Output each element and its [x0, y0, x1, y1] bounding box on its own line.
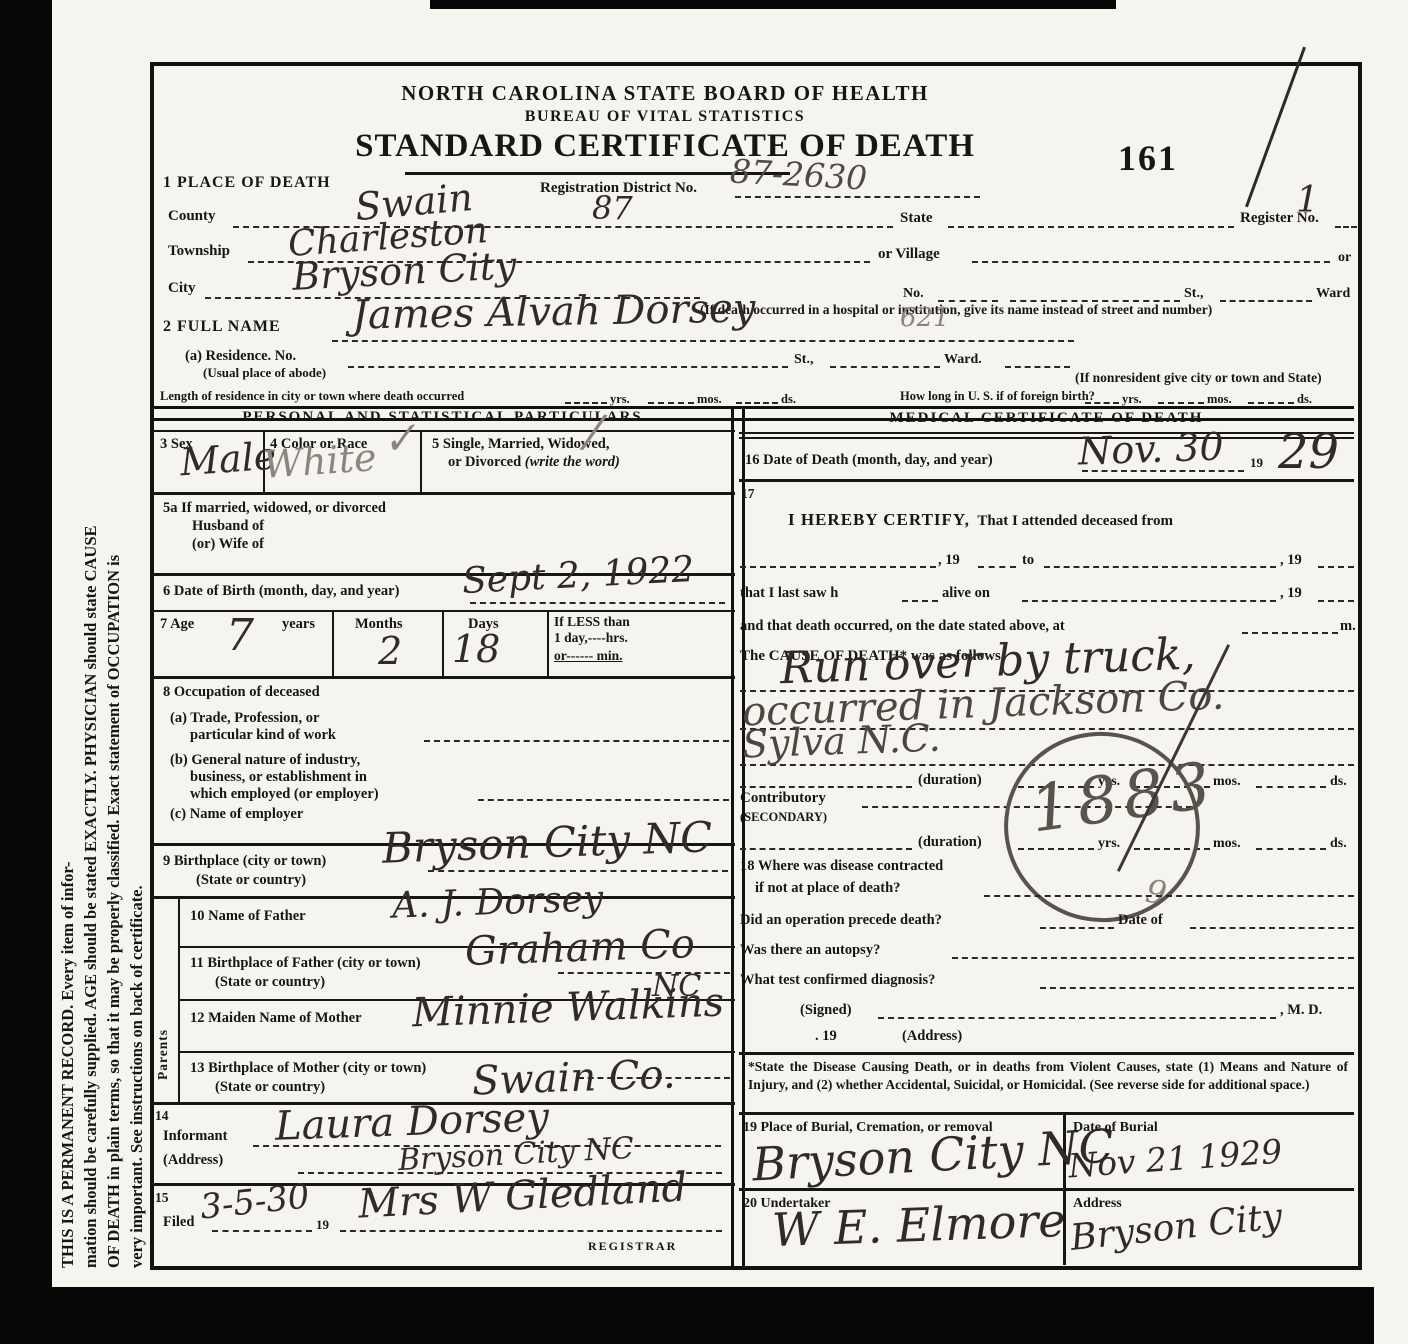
date-of-death-year-value: 29: [1278, 428, 1339, 476]
certify-m: m.: [1340, 618, 1356, 634]
county-label: County: [168, 208, 216, 225]
father-birthplace-value: Graham Co: [464, 924, 695, 972]
age-less-line2: 1 day,----hrs.: [554, 630, 628, 645]
us-mos-label: mos.: [1207, 392, 1232, 406]
certify-to: to: [1022, 552, 1034, 568]
birthplace-label: 9 Birthplace (city or town): [163, 853, 326, 869]
certify-alive: alive on: [942, 585, 990, 601]
certify-death-line: and that death occurred, on the date sta…: [740, 618, 1065, 634]
informant-label: Informant: [163, 1128, 227, 1144]
cause-value-line3: Sylva N.C.: [741, 719, 941, 764]
birthplace-value: Bryson City NC: [381, 816, 713, 870]
cause-footnote: *State the Disease Causing Death, or in …: [748, 1058, 1348, 1093]
age-less-line1: If LESS than: [554, 614, 630, 629]
scanned-death-certificate: { "colors": {"paper":"#f6f4ee","ink":"#1…: [0, 0, 1408, 1344]
certify-line-h: [1242, 632, 1338, 634]
signed-address-label: (Address): [902, 1028, 962, 1044]
autopsy-question: Was there an autopsy?: [740, 942, 880, 958]
length-ds-label: ds.: [781, 392, 796, 406]
marital-label-word: or Divorced: [448, 454, 521, 470]
father-name-label: 10 Name of Father: [190, 908, 306, 924]
mother-birthplace-value: Swain Co.: [471, 1054, 676, 1101]
duration1-mos: mos.: [1213, 774, 1241, 790]
color-race-value: White: [262, 438, 378, 484]
full-name-line: [332, 340, 1074, 342]
cell-line: [420, 430, 422, 492]
secondary-label: (SECONDARY): [740, 810, 827, 824]
dob-label: 6 Date of Birth (month, day, and year): [163, 583, 399, 599]
father-birthplace-label: 11 Birthplace of Father (city or town): [190, 955, 421, 971]
or-label: or: [1338, 250, 1351, 266]
occupation-a1: (a) Trade, Profession, or: [170, 710, 319, 726]
column-divider: [731, 406, 745, 1266]
age-less-line3: or------ min.: [554, 648, 622, 663]
full-name-note: 621: [900, 305, 950, 331]
margin-instructions: THIS IS A PERMANENT RECORD. Every item o…: [56, 38, 152, 1268]
q18-line: [984, 895, 1354, 897]
certify-19a: , 19: [938, 552, 960, 568]
mother-name-label: 12 Maiden Name of Mother: [190, 1010, 362, 1026]
operation-question: Did an operation precede death?: [740, 912, 942, 928]
operation-date-label: Date of: [1118, 912, 1163, 928]
residence-line: [348, 366, 788, 368]
filed-date-line: [212, 1230, 312, 1232]
street-label: St.,: [1184, 286, 1203, 302]
residence-label: (a) Residence. No.: [185, 348, 296, 364]
occupation-c: (c) Name of employer: [170, 806, 303, 822]
undertaker-value: W E. Elmore: [771, 1197, 1066, 1253]
register-no-line: [1335, 226, 1357, 228]
test-line: [1040, 987, 1354, 989]
filed-year-printed: 19: [316, 1218, 329, 1233]
burial-date-label: Date of Burial: [1073, 1120, 1158, 1136]
village-line: [972, 261, 1330, 263]
abode-note: (Usual place of abode): [203, 366, 326, 381]
informant-number: 14: [155, 1108, 169, 1123]
or-village-label: or Village: [878, 246, 940, 263]
scan-edge-top: [430, 0, 1116, 9]
certify-19c: , 19: [1280, 585, 1302, 601]
hospital-note: (If death occurred in a hospital or inst…: [700, 302, 1212, 317]
medical-title-underline2: [739, 437, 1354, 439]
row-line: [739, 479, 1354, 482]
length-ds-line: [736, 402, 778, 404]
filed-label: Filed: [163, 1214, 194, 1230]
md-label: , M. D.: [1280, 1002, 1322, 1018]
duration1-label: (duration): [918, 772, 982, 788]
city-label: City: [168, 280, 196, 297]
state-label: State: [900, 210, 933, 227]
registrar-label: REGISTRAR: [588, 1240, 677, 1253]
filed-number: 15: [155, 1190, 169, 1205]
state-line: [948, 226, 1234, 228]
signed-date-19: . 19: [815, 1028, 837, 1044]
item-17-number: 17: [741, 486, 755, 501]
occupation-b3: which employed (or employer): [190, 786, 379, 802]
duration2-mos: mos.: [1213, 836, 1241, 852]
occupation-b-line: [478, 799, 729, 801]
certify-line-g: [1318, 600, 1354, 602]
age-years-label: years: [282, 616, 315, 632]
street-no-label: No.: [903, 286, 924, 302]
duration2-ds: ds.: [1330, 836, 1347, 852]
birthplace-line: [428, 870, 728, 872]
mother-birthplace-note: (State or country): [215, 1079, 325, 1095]
signed-label: (Signed): [800, 1002, 852, 1018]
cell-line: [547, 612, 549, 676]
medical-title-underline: [739, 432, 1354, 434]
filed-signature-line: [340, 1230, 722, 1232]
scan-edge-left: [0, 0, 52, 1344]
dob-line: [470, 602, 725, 604]
duration1-ds: ds.: [1330, 774, 1347, 790]
father-birthplace-note: (State or country): [215, 974, 325, 990]
registration-district-value: 87-2630: [729, 154, 868, 194]
us-yrs-line: [1085, 402, 1119, 404]
parents-label-text: Parents: [155, 1029, 170, 1080]
filed-date-value: 3-5-30: [199, 1179, 311, 1224]
date-of-death-year-printed: 19: [1250, 456, 1263, 471]
city-value: Bryson City: [291, 246, 517, 296]
length-yrs-label: yrs.: [610, 392, 630, 406]
duration2-line-a: [740, 848, 912, 850]
personal-title-underline: [150, 430, 735, 432]
father-birthplace-line: [558, 972, 730, 974]
ward-line: [1220, 300, 1312, 302]
operation-date-line: [1190, 927, 1354, 929]
cell-line: [332, 612, 334, 676]
certify-saw: that I last saw h: [740, 585, 838, 601]
occupation-b1: (b) General nature of industry,: [170, 752, 360, 768]
cell-line: [442, 612, 444, 676]
undertaker-address-label: Address: [1073, 1196, 1122, 1212]
duration1-line-d: [1256, 786, 1326, 788]
personal-section-title: PERSONAL AND STATISTICAL PARTICULARS: [150, 409, 735, 426]
margin-note-line: very important. See instructions on back…: [125, 38, 148, 1268]
residence-st-line: [830, 366, 940, 368]
certify-line-b: [978, 566, 1016, 568]
margin-note-line: OF DEATH in plain terms, so that it may …: [102, 38, 125, 1268]
certify-bold-text: I HEREBY CERTIFY,: [788, 510, 970, 529]
occupation-b2: business, or establishment in: [190, 769, 367, 785]
certify-line-d: [1318, 566, 1354, 568]
certify-heading: I HEREBY CERTIFY, That I attended deceas…: [788, 510, 1173, 530]
us-mos-line: [1158, 402, 1204, 404]
certify-rest-text: That I attended deceased from: [977, 513, 1173, 529]
length-mos-label: mos.: [697, 392, 722, 406]
bureau-name: BUREAU OF VITAL STATISTICS: [150, 108, 1180, 126]
test-question: What test confirmed diagnosis?: [740, 972, 935, 988]
father-name-value: A. J. Dorsey: [391, 881, 603, 924]
certify-line-c: [1044, 566, 1276, 568]
certify-line-f: [1022, 600, 1276, 602]
township-label: Township: [168, 243, 230, 260]
q18-line1: 18 Where was disease contracted: [740, 858, 943, 874]
margin-note-line: mation should be carefully supplied. AGE…: [79, 38, 102, 1268]
full-name-label: 2 FULL NAME: [163, 318, 281, 336]
parents-vertical-label: Parents: [154, 900, 176, 1080]
nonresident-note: (If nonresident give city or town and St…: [1075, 370, 1322, 385]
us-yrs-label: yrs.: [1122, 392, 1142, 406]
operation-line: [1040, 927, 1114, 929]
us-ds-line: [1248, 402, 1294, 404]
margin-note-line: THIS IS A PERMANENT RECORD. Every item o…: [56, 38, 79, 1268]
residence-ward-label: Ward.: [944, 352, 982, 368]
board-name: NORTH CAROLINA STATE BOARD OF HEALTH: [150, 82, 1180, 106]
certify-19b: , 19: [1280, 552, 1302, 568]
certify-line-a: [740, 566, 936, 568]
occupation-a2: particular kind of work: [190, 727, 336, 743]
q18-line2: if not at place of death?: [755, 880, 900, 896]
row-line: [150, 492, 735, 495]
residence-st-label: St.,: [794, 352, 813, 368]
full-name-value: James Alvah Dorsey: [352, 288, 756, 335]
us-ds-label: ds.: [1297, 392, 1312, 406]
burial-mid-line: [739, 1188, 1354, 1191]
married-label-line1: 5a If married, widowed, or divorced: [163, 500, 386, 516]
date-of-death-label: 16 Date of Death (month, day, and year): [745, 452, 993, 468]
residence-ward-line: [1005, 366, 1070, 368]
how-long-us-label: How long in U. S. if of foreign birth?: [900, 389, 1095, 403]
duration2-line-d: [1256, 848, 1326, 850]
medical-section-title: MEDICAL CERTIFICATE OF DEATH: [739, 410, 1354, 427]
ward-label: Ward: [1316, 286, 1350, 302]
certificate-title: STANDARD CERTIFICATE OF DEATH: [150, 128, 1180, 165]
mother-name-value: Minnie Walkins: [411, 983, 724, 1034]
mother-birthplace-label: 13 Birthplace of Mother (city or town): [190, 1060, 426, 1076]
married-label-line3: (or) Wife of: [192, 536, 264, 552]
occupation-a-line: [424, 740, 729, 742]
age-months-value: 2: [378, 632, 402, 670]
age-years-value: 7: [226, 614, 254, 658]
register-no-value: 1: [1296, 183, 1319, 219]
place-of-death-label: 1 PLACE OF DEATH: [163, 174, 331, 192]
duration2-label: (duration): [918, 834, 982, 850]
signed-line: [878, 1017, 1276, 1019]
birthplace-note: (State or country): [196, 872, 306, 888]
length-residence-label: Length of residence in city or town wher…: [160, 389, 464, 403]
color-race-checkmark: ✓: [379, 416, 420, 462]
county-number-value: 87: [592, 192, 633, 224]
length-yrs-line: [565, 402, 607, 404]
certify-line-e: [902, 600, 938, 602]
married-label-line2: Husband of: [192, 518, 264, 534]
autopsy-line: [952, 957, 1354, 959]
burial-top-line: [739, 1112, 1354, 1115]
age-days-value: 18: [452, 630, 500, 668]
contributory-label: Contributory: [740, 790, 826, 807]
length-mos-line: [648, 402, 694, 404]
certificate-number: 161: [1118, 138, 1178, 178]
age-label: 7 Age: [160, 616, 194, 632]
marital-label-italic: (write the word): [525, 454, 620, 470]
row-line: [150, 676, 735, 679]
duration1-line-a: [740, 786, 912, 788]
occupation-label: 8 Occupation of deceased: [163, 684, 320, 700]
date-of-death-value: Nov. 30: [1077, 427, 1224, 470]
scan-edge-bottom: [0, 1287, 1374, 1344]
footnote-top-line: [739, 1052, 1354, 1055]
informant-address-label: (Address): [163, 1152, 223, 1168]
